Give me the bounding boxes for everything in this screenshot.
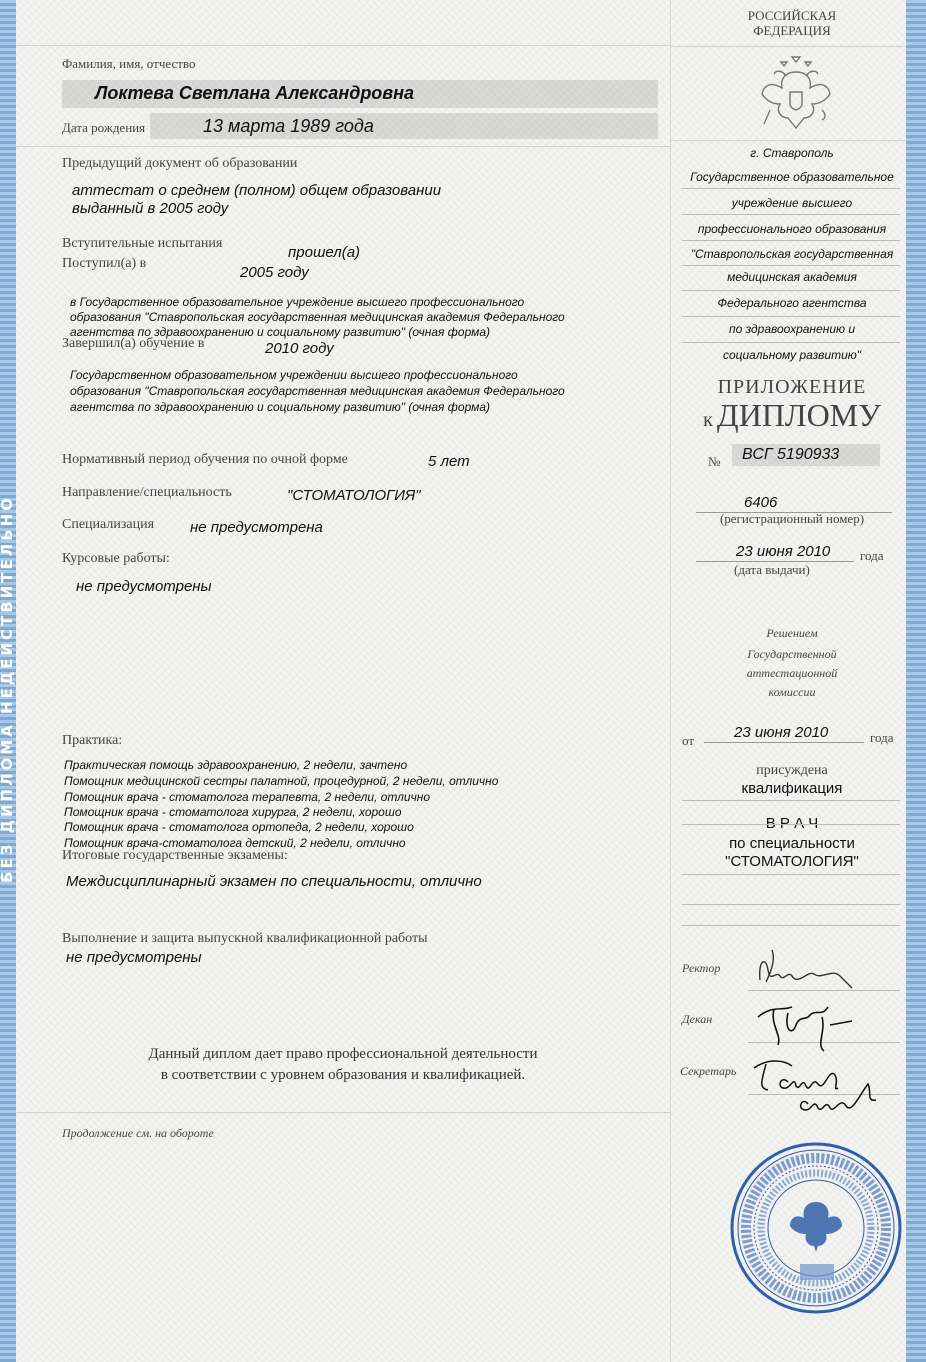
institution-line: профессионального образования [678,222,906,236]
institution-line: учреждение высшего [678,196,906,210]
underline [682,265,900,266]
dean-signature-icon [752,995,862,1055]
underline [682,874,900,875]
awarded-specialty: "СТОМАТОЛОГИЯ" [678,853,906,870]
dean-label: Декан [682,1012,712,1027]
country-line-2: ФЕДЕРАЦИЯ [678,23,906,39]
continued-note: Продолжение см. на обороте [62,1126,214,1141]
institution-line: "Ставропольская государственная [678,247,906,261]
finished-inst-2: образования "Ставропольская государствен… [70,384,565,398]
prev-doc-value-2: выданный в 2005 году [72,200,228,217]
year-word: года [860,548,884,564]
divider [16,1112,670,1113]
divider [16,45,670,46]
underline [682,316,900,317]
awarded-label: присуждена [678,763,906,779]
enrolled-inst-1: в Государственное образовательное учрежд… [70,295,524,309]
enrolled-value: 2005 году [240,264,309,281]
exams-label: Итоговые государственные экзамены: [62,848,288,864]
from-label: от [682,733,694,749]
diploma-supplement-page: БЕЗ ДИПЛОМА НЕДЕЙСТВИТЕЛЬНО БЕЗ ДИПЛОМА … [0,0,926,1362]
right-security-band: БЕЗ ДИПЛОМА НЕДЕЙСТВИТЕЛЬНО [906,0,926,1362]
specialization-label: Специализация [62,517,154,533]
prev-doc-label: Предыдущий документ об образовании [62,156,297,172]
secretary-signature-icon [748,1052,898,1122]
dob-label: Дата рождения [62,120,145,136]
issue-date: 23 июня 2010 [736,543,830,560]
by-specialty: по специальности [678,835,906,852]
fio-value: Локтева Светлана Александровна [95,83,414,104]
finished-value: 2010 году [265,340,334,357]
decision-line: Решением [678,626,906,641]
coursework-value: не предусмотрены [76,578,212,595]
rector-signature-icon [752,940,862,1000]
title-line-1: ПРИЛОЖЕНИЕ [678,376,906,399]
specialty-value: "СТОМАТОЛОГИЯ" [287,487,421,504]
thesis-label: Выполнение и защита выпускной квалификац… [62,931,428,947]
underline [682,290,900,291]
exams-value: Междисциплинарный экзамен по специальнос… [66,873,482,890]
city: г. Ставрополь [678,146,906,160]
practice-label: Практика: [62,733,122,749]
entrance-label: Вступительные испытания [62,236,222,252]
title-main: ДИПЛОМУ [717,397,881,433]
rights-line-2: в соответствии с уровнем образования и к… [16,1067,670,1084]
diploma-number: ВСГ 5190933 [742,446,839,464]
practice-item: Практическая помощь здравоохранению, 2 н… [64,758,407,772]
rights-line-1: Данный диплом дает право профессионально… [16,1046,670,1063]
institution-line: по здравоохранению и [678,322,906,336]
page-divider [670,0,671,1362]
enrolled-inst-2: образования "Ставропольская государствен… [70,310,565,324]
secretary-label: Секретарь [680,1064,736,1079]
decision-date: 23 июня 2010 [734,724,828,741]
practice-item: Помощник врача - стоматолога ортопеда, 2… [64,820,414,834]
reg-number-label: (регистрационный номер) [678,511,906,527]
title-prefix: к [703,409,713,431]
specialty-label: Направление/специальность [62,485,232,501]
thesis-value: не предусмотрены [66,949,202,966]
finished-inst-3: агентства по здравоохранению и социально… [70,400,490,414]
year-word-2: года [870,730,894,746]
institution-line: социальному развитию" [678,348,906,362]
divider [670,46,906,47]
dob-value: 13 марта 1989 года [203,116,374,137]
number-label: № [708,454,720,470]
period-label: Нормативный период обучения по очной фор… [62,452,348,468]
coursework-label: Курсовые работы: [62,551,170,567]
divider [16,146,670,147]
institution-line: Государственное образовательное [678,170,906,184]
specialization-value: не предусмотрена [190,519,323,536]
country-line-1: РОССИЙСКАЯ [678,8,906,24]
underline [682,824,900,825]
underline [682,925,900,926]
underline [682,904,900,905]
institution-line: медицинская академия [678,270,906,284]
decision-line: комиссии [678,685,906,700]
reg-number: 6406 [744,494,777,511]
fio-label: Фамилия, имя, отчество [62,56,195,72]
institution-line: Федерального агентства [678,296,906,310]
period-value: 5 лет [428,453,470,470]
underline [704,742,864,743]
practice-item: Помощник врача - стоматолога хирурга, 2 … [64,805,402,819]
left-band-text: БЕЗ ДИПЛОМА НЕДЕЙСТВИТЕЛЬНО [0,464,16,914]
finished-inst-1: Государственном образовательном учрежден… [70,368,518,382]
underline [682,240,900,241]
seal-icon [728,1140,904,1316]
underline [682,342,900,343]
practice-item: Помощник медицинской сестры палатной, пр… [64,774,498,788]
entrance-value: прошел(а) [288,244,360,261]
underline [682,214,900,215]
divider [670,140,906,141]
coat-of-arms-icon [756,52,836,138]
qualification-word: квалификация [678,780,906,797]
official-seal [728,1140,904,1316]
issue-date-label: (дата выдачи) [734,562,810,578]
practice-item: Помощник врача - стоматолога терапевта, … [64,790,430,804]
title-line-2: к ДИПЛОМУ [678,397,906,434]
decision-line: аттестационной [678,666,906,681]
left-security-band: БЕЗ ДИПЛОМА НЕДЕЙСТВИТЕЛЬНО [0,0,16,1362]
underline [682,800,900,801]
finished-label: Завершил(а) обучение в [62,336,204,352]
enrolled-label: Поступил(а) в [62,256,146,272]
decision-line: Государственной [678,647,906,662]
underline [682,188,900,189]
prev-doc-value-1: аттестат о среднем (полном) общем образо… [72,182,441,199]
rector-label: Ректор [682,961,720,976]
